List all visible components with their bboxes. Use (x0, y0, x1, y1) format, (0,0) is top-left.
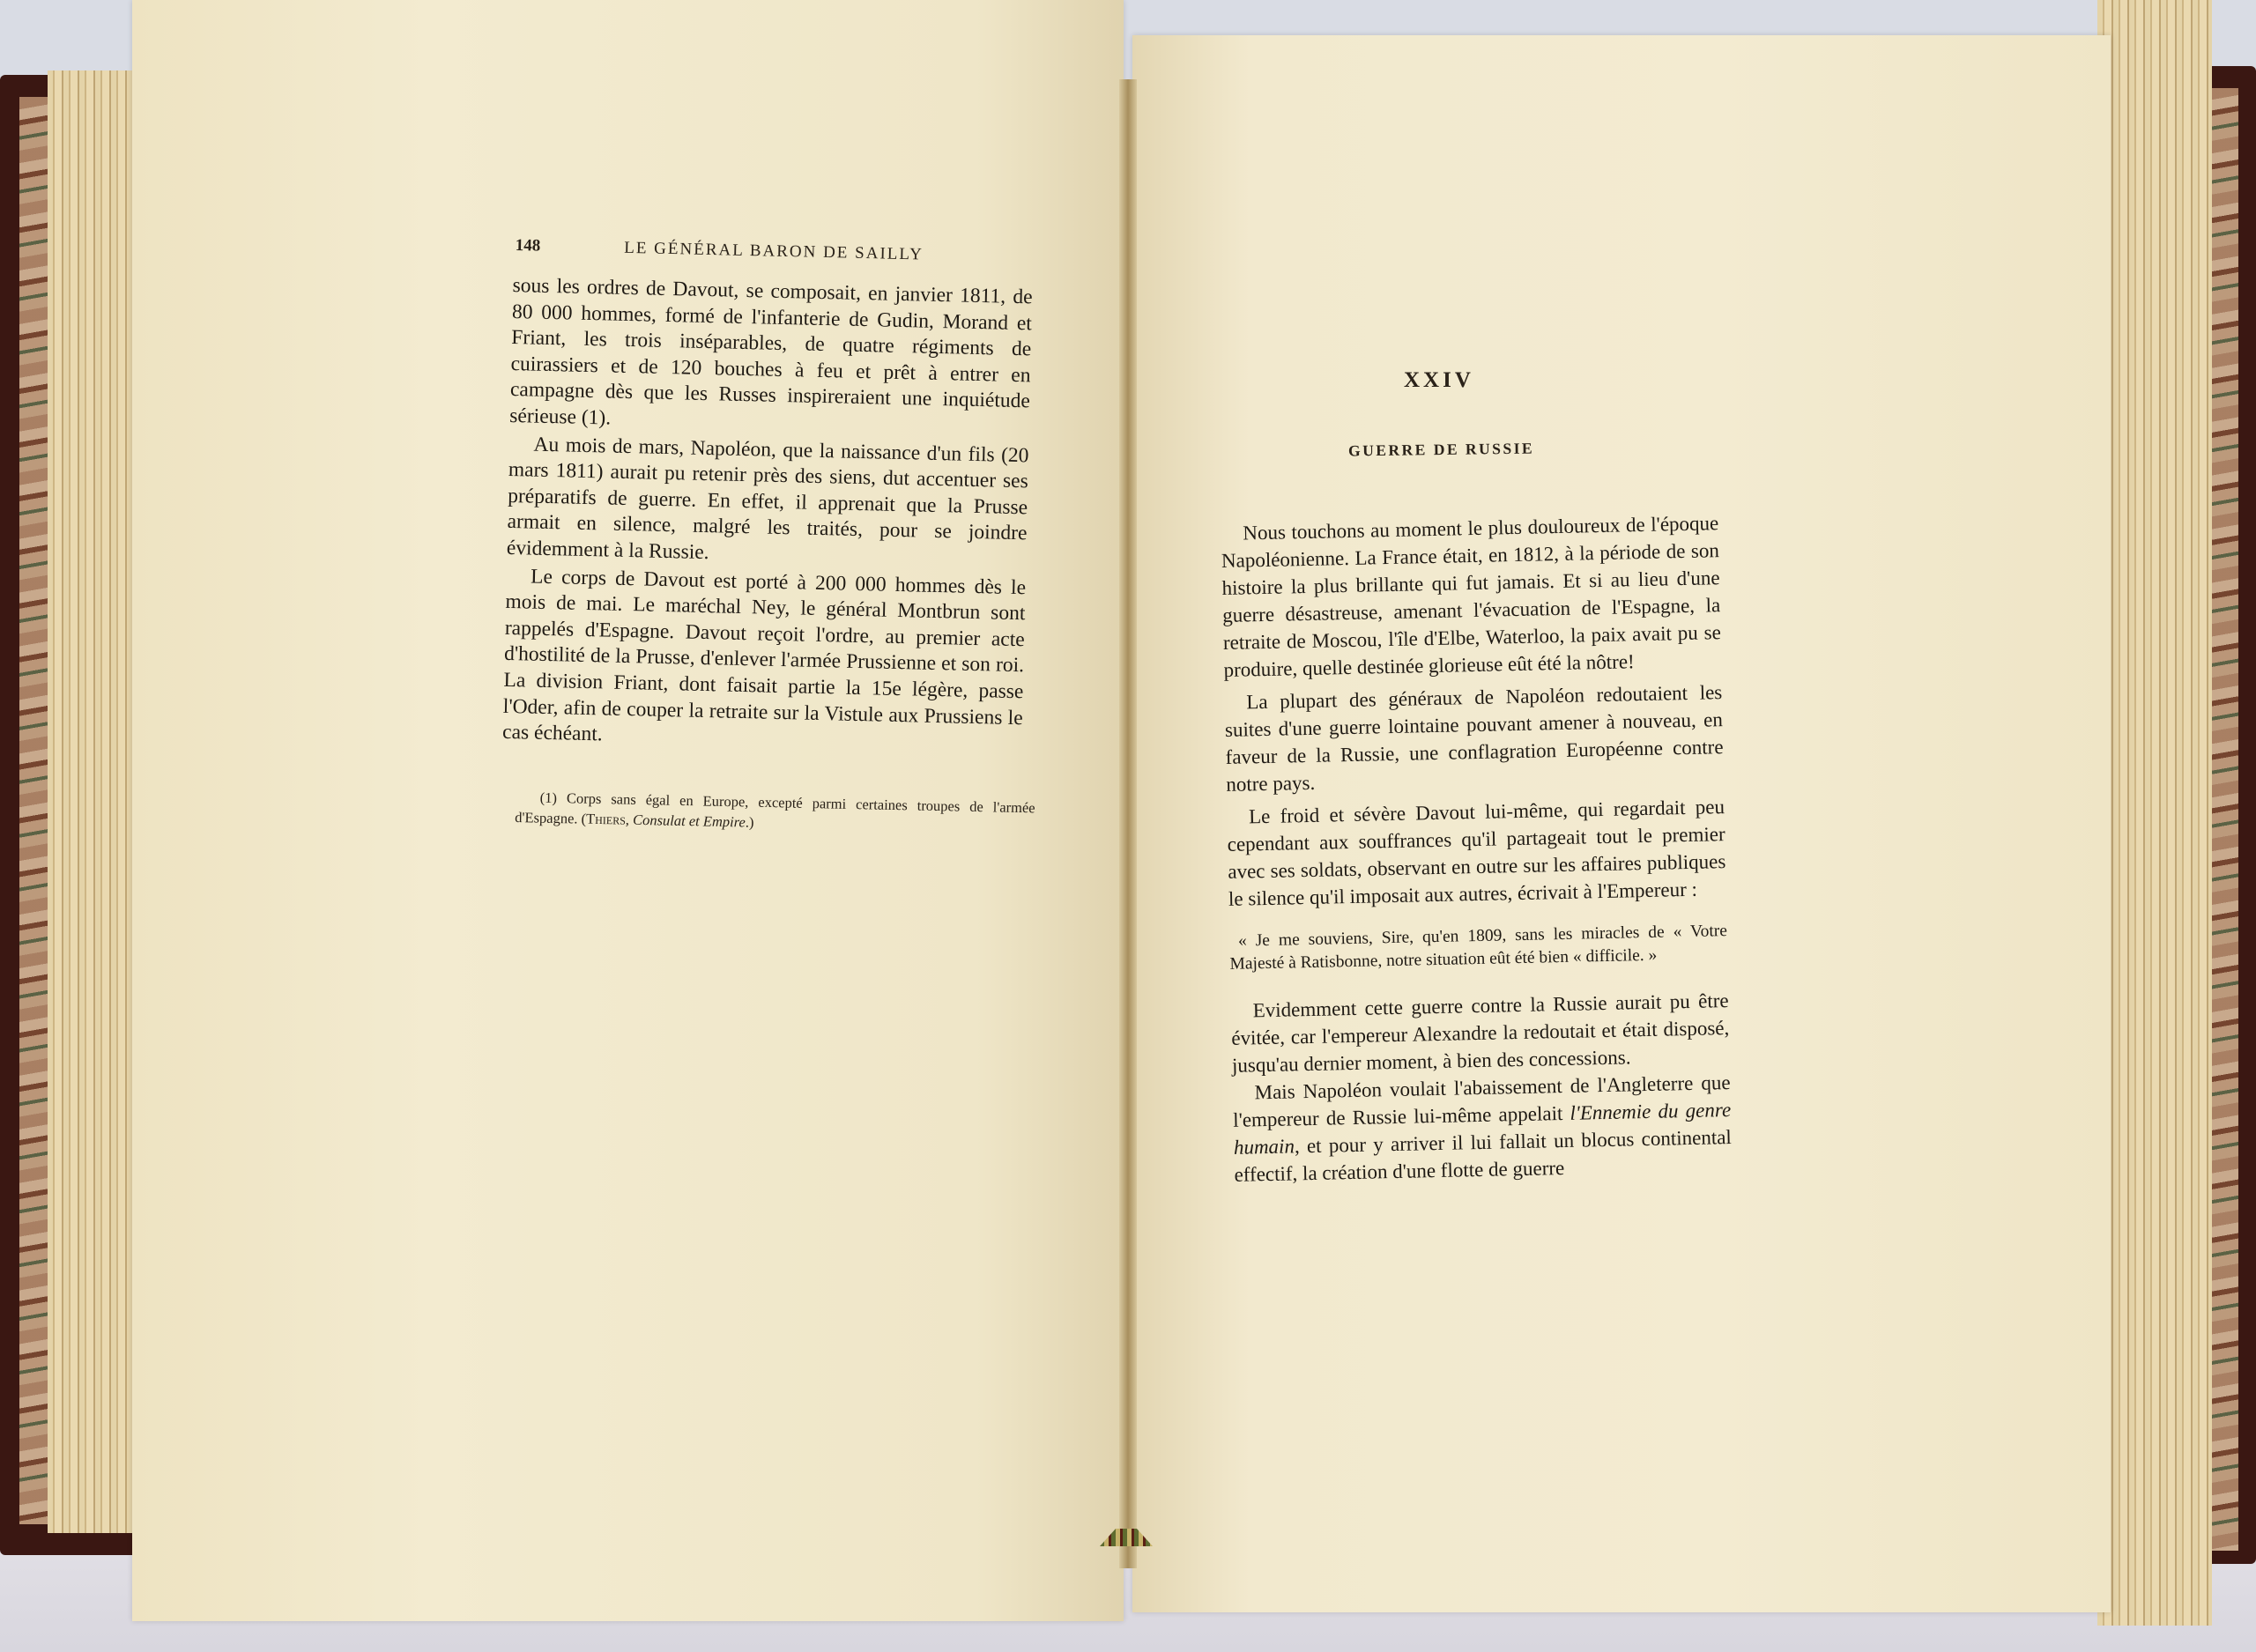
block-quote: « Je me souviens, Sire, qu'en 1809, sans… (1229, 920, 1728, 976)
footnote-close: .) (746, 813, 754, 830)
paragraph: Nous touchons au moment le plus douloure… (1221, 509, 1722, 684)
paragraph: Le froid et sévère Davout lui-même, qui … (1227, 793, 1726, 913)
left-page-body: sous les ordres de Davout, se composait,… (502, 273, 1033, 758)
footnote-author: Thiers (586, 811, 626, 828)
page-number: 148 (516, 236, 541, 256)
footnote-work: Consulat et Empire (633, 811, 746, 831)
chapter-number: XXIV (1404, 368, 1474, 393)
right-page-body: Nous touchons au moment le plus douloure… (1221, 509, 1733, 1189)
paragraph: Evidemment cette guerre contre la Russie… (1230, 987, 1730, 1079)
page-edges-right (2097, 0, 2212, 1626)
paragraph-text: , et pour y arriver il lui fallait un bl… (1234, 1126, 1732, 1186)
marbled-endpaper-left (19, 97, 48, 1524)
paragraph: La plupart des généraux de Napoléon redo… (1224, 678, 1724, 798)
chapter-title: GUERRE DE RUSSIE (1348, 440, 1534, 461)
paragraph: sous les ordres de Davout, se composait,… (509, 273, 1033, 441)
paragraph: Le corps de Davout est porté à 200 000 h… (502, 563, 1027, 757)
page-edges-left (48, 70, 136, 1533)
paragraph: Mais Napoléon voulait l'abaissement de l… (1232, 1069, 1732, 1189)
book-gutter (1119, 79, 1137, 1568)
paragraph: Au mois de mars, Napoléon, que la naissa… (507, 432, 1029, 574)
